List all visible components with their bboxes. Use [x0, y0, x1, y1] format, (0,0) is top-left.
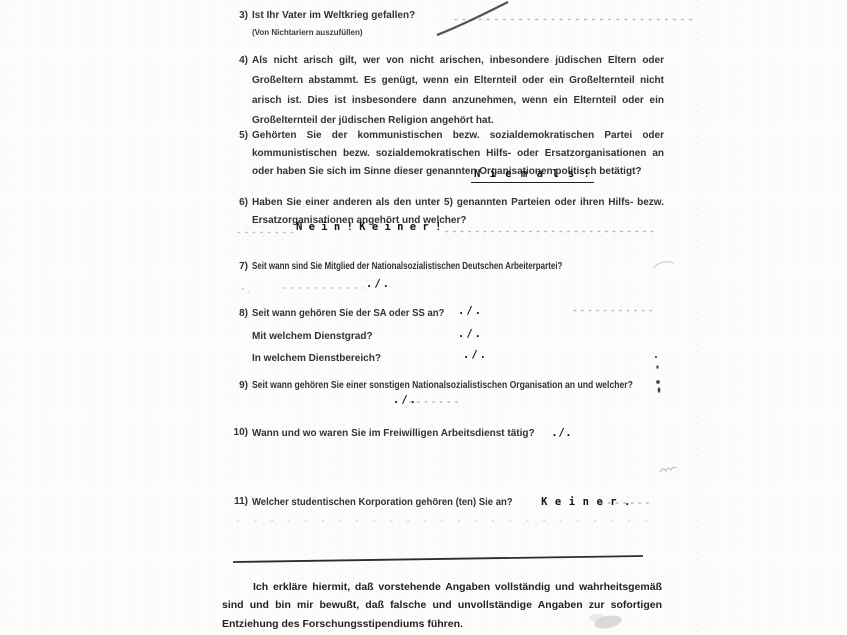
question-5-text: Gehörten Sie der kommunistischen bezw. s… — [252, 130, 664, 177]
question-10-text: Wann und wo waren Sie im Freiwilligen Ar… — [252, 424, 535, 444]
question-10: 10) Wann und wo waren Sie im Freiwillige… — [230, 423, 664, 444]
question-8-number: 8) — [230, 304, 248, 324]
question-3: 3) Ist Ihr Vater im Weltkrieg gefallen? … — [230, 6, 664, 38]
question-5-answer: N i e m a l s ! — [471, 168, 594, 180]
question-8b-text: In welchem Dienstbereich? — [252, 353, 381, 364]
question-9-number: 9) — [230, 376, 248, 396]
question-7-number: 7) — [230, 257, 248, 277]
question-4-number: 4) — [230, 51, 248, 71]
question-4: 4) Als nicht arisch gilt, wer von nicht … — [230, 51, 664, 131]
question-6-answer: N e i n ! K e i n e r ! — [296, 221, 441, 233]
separator-rule — [233, 556, 643, 562]
question-8-answer: ./. — [458, 305, 483, 317]
question-7-answer: ./. — [366, 278, 391, 290]
question-8b: In welchem Dienstbereich? — [230, 349, 664, 369]
question-4-text: Als nicht arisch gilt, wer von nicht ari… — [252, 55, 664, 126]
question-9-text: Seit wann gehören Sie einer sonstigen Na… — [252, 376, 633, 396]
question-8b-answer: ./. — [463, 349, 488, 361]
question-10-answer: ./. — [551, 427, 572, 439]
question-3-note: (Von Nichtariern auszufüllen) — [252, 27, 664, 38]
question-7-text: Seit wann sind Sie Mitglied der National… — [252, 257, 562, 277]
question-7: 7) Seit wann sind Sie Mitglied der Natio… — [230, 257, 664, 277]
scanned-questionnaire-page: 3) Ist Ihr Vater im Weltkrieg gefallen? … — [0, 0, 847, 635]
question-8a-text: Mit welchem Dienstgrad? — [252, 331, 373, 342]
declaration-text: Ich erkläre hiermit, daß vorstehende Ang… — [222, 578, 662, 633]
question-11-text: Welcher studentischen Korporation gehöre… — [252, 493, 513, 513]
question-8: 8) Seit wann gehören Sie der SA oder SS … — [230, 304, 664, 324]
scan-edge-line — [695, 0, 698, 635]
question-9-answer: ./. — [393, 394, 418, 406]
question-5: 5) Gehörten Sie der kommunistischen bezw… — [230, 127, 664, 181]
squiggle-smudge — [660, 467, 677, 472]
question-8a: Mit welchem Dienstgrad? — [230, 327, 664, 347]
question-6-number: 6) — [230, 194, 248, 212]
question-8a-answer: ./. — [458, 328, 483, 340]
question-3-number: 3) — [230, 6, 248, 26]
question-5-number: 5) — [230, 127, 248, 145]
question-11-answer: K e i n e r . — [541, 496, 631, 508]
question-3-text: Ist Ihr Vater im Weltkrieg gefallen? — [252, 10, 415, 21]
question-9: 9) Seit wann gehören Sie einer sonstigen… — [230, 376, 664, 396]
question-8-text: Seit wann gehören Sie der SA oder SS an? — [252, 304, 444, 324]
question-11-number: 11) — [230, 492, 248, 512]
question-11: 11) Welcher studentischen Korporation ge… — [230, 492, 664, 513]
question-10-number: 10) — [230, 423, 248, 443]
